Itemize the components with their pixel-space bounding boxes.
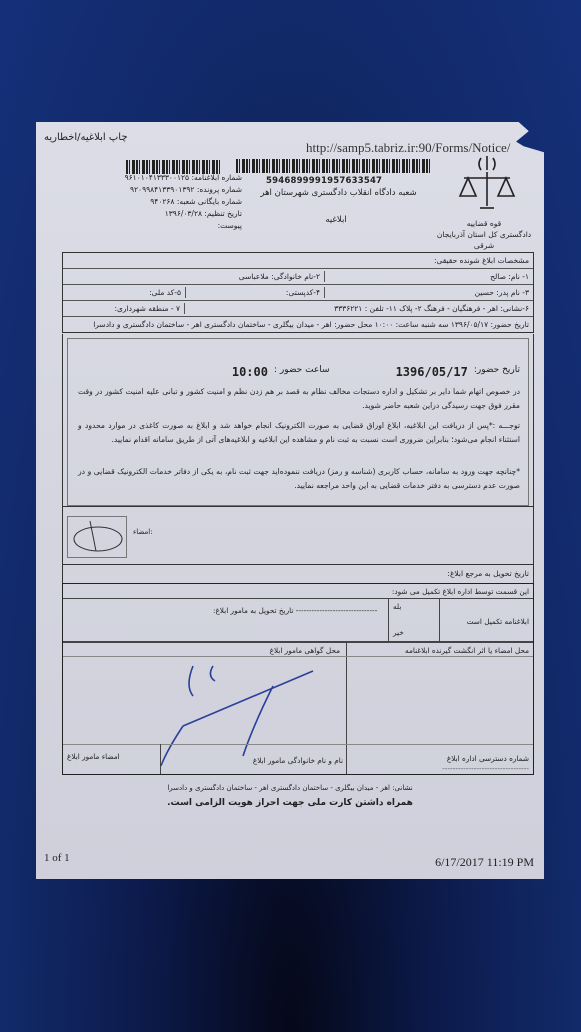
charge-paragraph: در خصوص اتهام شما دایر بر تشکیل و اداره … [78, 385, 520, 413]
barcode-main [236, 159, 431, 173]
recipient-first-name: ۱- نام: صالح [324, 271, 533, 282]
appear-time: 10:00 [232, 365, 268, 379]
page-number: 1 of 1 [44, 852, 70, 864]
court-branch: شعبه دادگاه انقلاب دادگستری شهرستان اهر [236, 188, 441, 198]
appear-date-label: تاریخ حضور: [474, 365, 520, 379]
appearance-date-time: تاریخ حضور: 1396/05/17 ساعت حضور : 10:00 [76, 365, 520, 379]
meta-archive-number: شماره بایگانی شعبه: ۹۴۰۲۶۸ [72, 196, 242, 208]
barcode-number: 5946899991957633547 [266, 176, 382, 186]
issuer-signature-row: امضاء: [62, 506, 534, 565]
recipient-details-table: مشخصات ابلاغ شونده حقیقی: ۱- نام: صالح ۲… [62, 252, 534, 333]
delivery-date-row: تاریخ تحویل به مرجع ابلاغ: [62, 564, 534, 584]
printed-notice-document: چاپ ابلاغیه/اخطاریه http://samp5.tabriz.… [36, 122, 544, 879]
recipient-signature-label: محل امضاء یا اثر انگشت گیرنده ابلاغنامه [405, 646, 529, 655]
option-no[interactable]: خیر [393, 628, 404, 637]
officer-witness-label: محل گواهی مامور ابلاغ [270, 646, 340, 655]
delivery-to-officer: ------------------------------- تاریخ تح… [213, 606, 377, 615]
recipient-national-id: ۵-کد ملی: [63, 287, 185, 298]
meta-notice-number: شماره ابلاغنامه: ۹۶۱۰۱۰۴۱۳۳۳۰۰۱۲۵ [72, 172, 242, 184]
officer-name-label: نام و نام خانوادگی مامور ابلاغ [253, 756, 343, 765]
delivery-date-label: تاریخ تحویل به مرجع ابلاغ: [63, 564, 533, 583]
document-type: ابلاغیه [296, 215, 376, 225]
access-number-label: شماره دسترسی اداره ابلاغ [447, 754, 529, 763]
meta-issue-date: تاریخ تنظیم: ۱۳۹۶/۰۳/۲۸ [72, 208, 242, 220]
access-number-field[interactable]: --------------------------------- [442, 764, 529, 773]
footer-address: نشانی: اهر - میدان بیگلری - ساختمان دادگ… [36, 784, 544, 792]
issuer-signature-box [67, 516, 127, 558]
office-section: این قسمت توسط اداره ابلاغ تکمیل می شود: … [62, 583, 534, 775]
officer-signature-icon [123, 656, 323, 766]
signature-label: امضاء: [133, 528, 153, 536]
meta-attachment: پیوست: [72, 220, 242, 232]
appear-date: 1396/05/17 [396, 365, 468, 379]
electronic-notice-paragraph: توجـــه :*پس از دریافت این ابلاغیه، ابلا… [78, 419, 520, 447]
appear-time-label: ساعت حضور : [274, 365, 330, 379]
officer-sign-label: امضاء مامور ابلاغ [67, 752, 120, 761]
recipient-last-name: ۲-نام خانوادگی: ملاعباسی [63, 271, 324, 282]
handwritten-signature-icon [68, 517, 126, 557]
recipient-municipal-zone: ۷ - منطقه شهرداری: [63, 303, 184, 314]
recipient-postal-code: ۴-کدپستی: [185, 287, 324, 298]
judiciary-label: قوه قضاییه دادگستری کل استان آذربایجان ش… [424, 218, 544, 251]
notice-metadata: شماره ابلاغنامه: ۹۶۱۰۱۰۴۱۳۳۳۰۰۱۲۵ شماره … [72, 172, 242, 232]
recipient-section-title: مشخصات ابلاغ شونده حقیقی: [63, 255, 533, 266]
notice-body: تاریخ حضور: 1396/05/17 ساعت حضور : 10:00… [62, 334, 534, 507]
office-section-title: این قسمت توسط اداره ابلاغ تکمیل می شود: [392, 587, 529, 596]
footer-id-notice: همراه داشتن کارت ملی جهت احراز هویت الزا… [36, 798, 544, 808]
appearance-summary: تاریخ حضور: ۱۳۹۶/۰۵/۱۷ سه شنبه ساعت: ۱۰:… [63, 319, 533, 330]
meta-case-number: شماره پرونده: ۹۲۰۹۹۸۴۱۳۳۹۰۱۳۹۲ [72, 184, 242, 196]
judiciary-emblem-icon [452, 150, 522, 220]
notice-complete-label: ابلاغنامه تکمیل است [467, 617, 529, 626]
print-timestamp: 6/17/2017 11:19 PM [435, 855, 534, 870]
recipient-father-name: ۳- نام پدر: حسین [324, 287, 533, 298]
recipient-address: ۶-نشانی: اهر - فرهنگیان - فرهنگ ۲- پلاک … [184, 303, 533, 314]
print-title: چاپ ابلاغیه/اخطاریه [44, 132, 128, 143]
account-paragraph: *چنانچه جهت ورود به سامانه، حساب کاربری … [78, 465, 520, 493]
option-yes[interactable]: بله [393, 602, 401, 611]
